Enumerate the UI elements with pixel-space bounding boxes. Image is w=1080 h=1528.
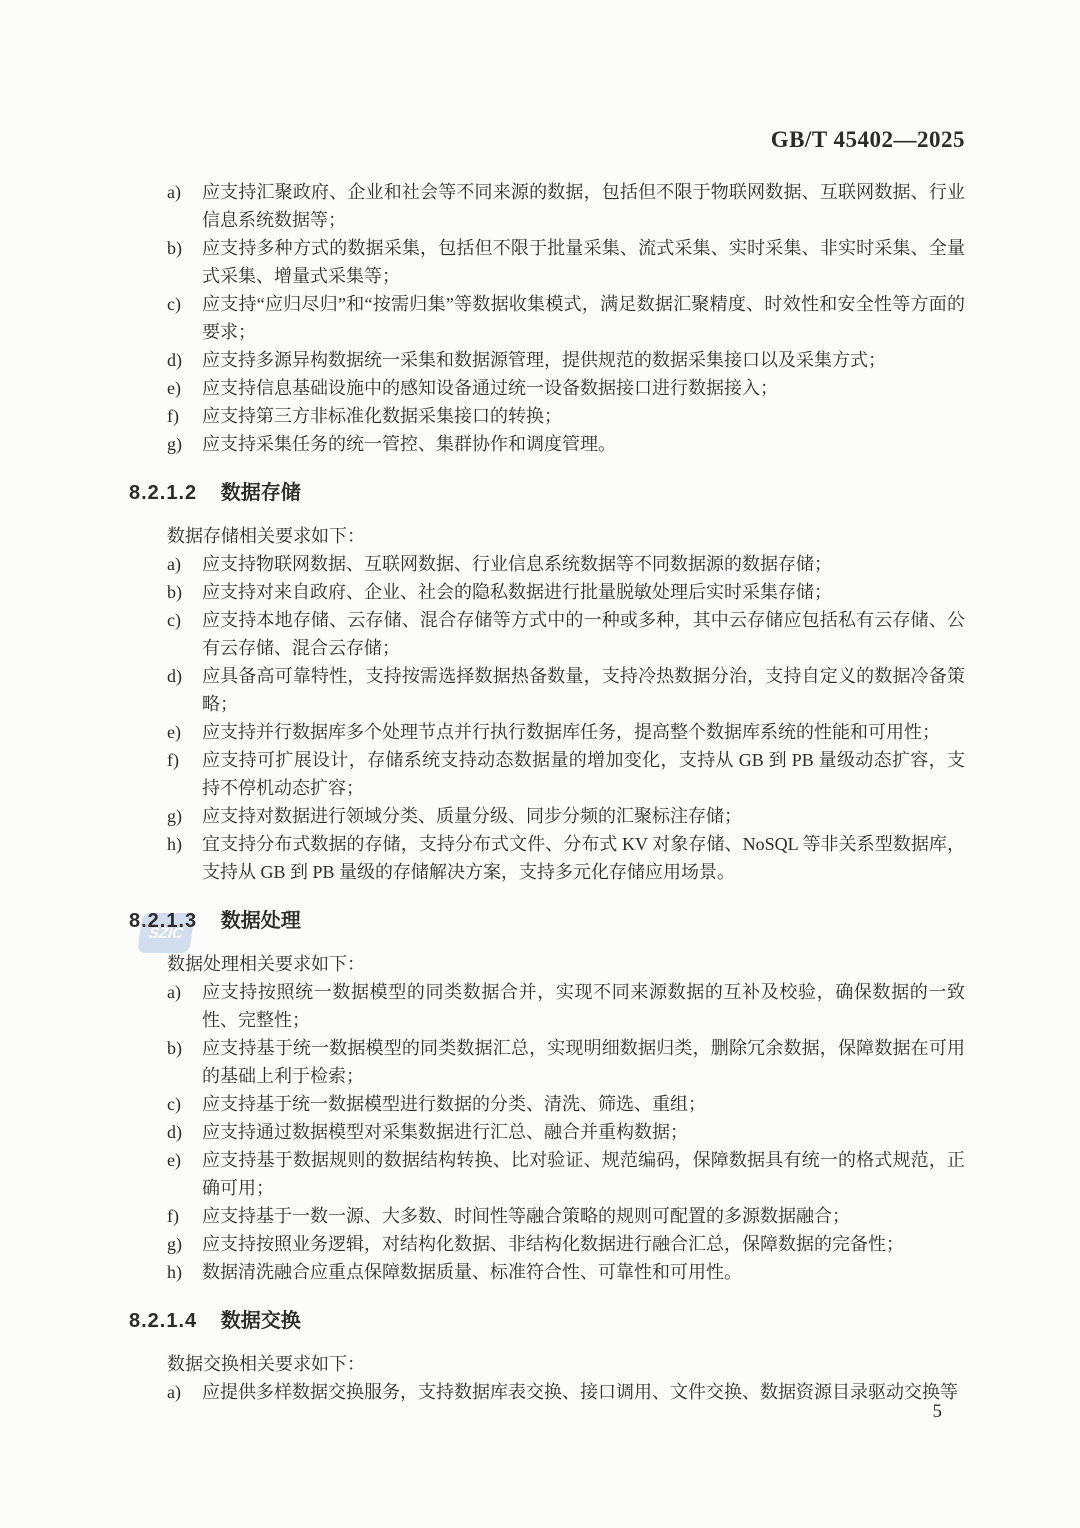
section-heading-data-processing: 8.2.1.3 数据处理 bbox=[129, 906, 965, 936]
list-item-text: 应支持第三方非标准化数据采集接口的转换； bbox=[202, 402, 965, 430]
section-number: 8.2.1.2 bbox=[129, 482, 197, 504]
list-marker: a) bbox=[167, 1378, 202, 1406]
list-item-text: 数据清洗融合应重点保障数据质量、标准符合性、可靠性和可用性。 bbox=[202, 1258, 965, 1286]
list-item: e) 应支持基于数据规则的数据结构转换、比对验证、规范编码，保障数据具有统一的格… bbox=[167, 1146, 965, 1202]
list-item: b) 应支持对来自政府、企业、社会的隐私数据进行批量脱敏处理后实时采集存储； bbox=[167, 578, 965, 606]
list-item: d) 应具备高可靠特性，支持按需选择数据热备数量，支持冷热数据分治，支持自定义的… bbox=[167, 662, 965, 718]
list-item-text: 应提供多样数据交换服务，支持数据库表交换、接口调用、文件交换、数据资源目录驱动交… bbox=[202, 1378, 965, 1406]
list-item: d) 应支持多源异构数据统一采集和数据源管理，提供规范的数据采集接口以及采集方式… bbox=[167, 346, 965, 374]
list-item: h) 宜支持分布式数据的存储，支持分布式文件、分布式 KV 对象存储、NoSQL… bbox=[167, 830, 965, 886]
list-item-text: 应支持多源异构数据统一采集和数据源管理，提供规范的数据采集接口以及采集方式； bbox=[202, 346, 965, 374]
list-item: g) 应支持采集任务的统一管控、集群协作和调度管理。 bbox=[167, 430, 965, 458]
list-marker: g) bbox=[167, 802, 202, 830]
list-marker: b) bbox=[167, 234, 202, 290]
list-marker: c) bbox=[167, 1090, 202, 1118]
list-item-text: 应支持按照统一数据模型的同类数据合并，实现不同来源数据的互补及校验，确保数据的一… bbox=[202, 978, 965, 1034]
list-item: b) 应支持多种方式的数据采集，包括但不限于批量采集、流式采集、实时采集、非实时… bbox=[167, 234, 965, 290]
requirement-list-data-storage: a) 应支持物联网数据、互联网数据、行业信息系统数据等不同数据源的数据存储； b… bbox=[167, 550, 965, 886]
section-number: 8.2.1.4 bbox=[129, 1310, 197, 1332]
list-marker: f) bbox=[167, 402, 202, 430]
list-item: d) 应支持通过数据模型对采集数据进行汇总、融合并重构数据； bbox=[167, 1118, 965, 1146]
list-item-text: 应支持按照业务逻辑，对结构化数据、非结构化数据进行融合汇总，保障数据的完备性； bbox=[202, 1230, 965, 1258]
list-item: a) 应支持按照统一数据模型的同类数据合并，实现不同来源数据的互补及校验，确保数… bbox=[167, 978, 965, 1034]
list-marker: c) bbox=[167, 606, 202, 662]
list-item-text: 应支持汇聚政府、企业和社会等不同来源的数据，包括但不限于物联网数据、互联网数据、… bbox=[202, 178, 965, 234]
list-item-text: 应支持对来自政府、企业、社会的隐私数据进行批量脱敏处理后实时采集存储； bbox=[202, 578, 965, 606]
list-item-text: 应支持物联网数据、互联网数据、行业信息系统数据等不同数据源的数据存储； bbox=[202, 550, 965, 578]
list-marker: a) bbox=[167, 178, 202, 234]
list-item: f) 应支持可扩展设计，存储系统支持动态数据量的增加变化，支持从 GB 到 PB… bbox=[167, 746, 965, 802]
section-title: 数据存储 bbox=[221, 482, 301, 504]
section-number: 8.2.1.3 bbox=[129, 910, 197, 932]
list-item-text: 应支持对数据进行领域分类、质量分级、同步分频的汇聚标注存储； bbox=[202, 802, 965, 830]
list-marker: h) bbox=[167, 830, 202, 886]
list-marker: d) bbox=[167, 346, 202, 374]
list-item-text: 应支持基于统一数据模型的同类数据汇总，实现明细数据归类，删除冗余数据，保障数据在… bbox=[202, 1034, 965, 1090]
list-marker: d) bbox=[167, 662, 202, 718]
list-item: c) 应支持基于统一数据模型进行数据的分类、清洗、筛选、重组； bbox=[167, 1090, 965, 1118]
list-marker: e) bbox=[167, 1146, 202, 1202]
list-marker: h) bbox=[167, 1258, 202, 1286]
list-item-text: 应支持多种方式的数据采集，包括但不限于批量采集、流式采集、实时采集、非实时采集、… bbox=[202, 234, 965, 290]
list-item: a) 应提供多样数据交换服务，支持数据库表交换、接口调用、文件交换、数据资源目录… bbox=[167, 1378, 965, 1406]
list-item: g) 应支持按照业务逻辑，对结构化数据、非结构化数据进行融合汇总，保障数据的完备… bbox=[167, 1230, 965, 1258]
list-marker: e) bbox=[167, 374, 202, 402]
section-heading-data-exchange: 8.2.1.4 数据交换 bbox=[129, 1306, 965, 1336]
section-intro: 数据交换相关要求如下： bbox=[167, 1350, 965, 1378]
list-item: b) 应支持基于统一数据模型的同类数据汇总，实现明细数据归类，删除冗余数据，保障… bbox=[167, 1034, 965, 1090]
standard-number: GB/T 45402—2025 bbox=[771, 127, 965, 153]
section-intro: 数据处理相关要求如下： bbox=[167, 950, 965, 978]
list-item: e) 应支持信息基础设施中的感知设备通过统一设备数据接口进行数据接入； bbox=[167, 374, 965, 402]
requirement-list-data-exchange: a) 应提供多样数据交换服务，支持数据库表交换、接口调用、文件交换、数据资源目录… bbox=[167, 1378, 965, 1406]
list-marker: a) bbox=[167, 978, 202, 1034]
list-marker: b) bbox=[167, 1034, 202, 1090]
section-heading-data-storage: 8.2.1.2 数据存储 bbox=[129, 478, 965, 508]
requirement-list-data-processing: a) 应支持按照统一数据模型的同类数据合并，实现不同来源数据的互补及校验，确保数… bbox=[167, 978, 965, 1286]
list-marker: g) bbox=[167, 1230, 202, 1258]
list-item-text: 应支持本地存储、云存储、混合存储等方式中的一种或多种，其中云存储应包括私有云存储… bbox=[202, 606, 965, 662]
list-item: c) 应支持“应归尽归”和“按需归集”等数据收集模式，满足数据汇聚精度、时效性和… bbox=[167, 290, 965, 346]
list-item-text: 应支持基于一数一源、大多数、时间性等融合策略的规则可配置的多源数据融合； bbox=[202, 1202, 965, 1230]
list-item-text: 应具备高可靠特性，支持按需选择数据热备数量，支持冷热数据分治，支持自定义的数据冷… bbox=[202, 662, 965, 718]
list-item-text: 应支持采集任务的统一管控、集群协作和调度管理。 bbox=[202, 430, 965, 458]
section-title: 数据交换 bbox=[221, 1310, 301, 1332]
list-item: e) 应支持并行数据库多个处理节点并行执行数据库任务，提高整个数据库系统的性能和… bbox=[167, 718, 965, 746]
requirement-list-continuation: a) 应支持汇聚政府、企业和社会等不同来源的数据，包括但不限于物联网数据、互联网… bbox=[167, 178, 965, 458]
page-content: a) 应支持汇聚政府、企业和社会等不同来源的数据，包括但不限于物联网数据、互联网… bbox=[129, 178, 965, 1406]
list-item: f) 应支持第三方非标准化数据采集接口的转换； bbox=[167, 402, 965, 430]
list-item-text: 应支持基于数据规则的数据结构转换、比对验证、规范编码，保障数据具有统一的格式规范… bbox=[202, 1146, 965, 1202]
list-item-text: 应支持信息基础设施中的感知设备通过统一设备数据接口进行数据接入； bbox=[202, 374, 965, 402]
list-marker: f) bbox=[167, 746, 202, 802]
section-title: 数据处理 bbox=[221, 910, 301, 932]
list-item-text: 宜支持分布式数据的存储，支持分布式文件、分布式 KV 对象存储、NoSQL 等非… bbox=[202, 830, 965, 886]
list-item-text: 应支持通过数据模型对采集数据进行汇总、融合并重构数据； bbox=[202, 1118, 965, 1146]
list-item: h) 数据清洗融合应重点保障数据质量、标准符合性、可靠性和可用性。 bbox=[167, 1258, 965, 1286]
list-marker: d) bbox=[167, 1118, 202, 1146]
list-marker: b) bbox=[167, 578, 202, 606]
list-item: c) 应支持本地存储、云存储、混合存储等方式中的一种或多种，其中云存储应包括私有… bbox=[167, 606, 965, 662]
list-marker: a) bbox=[167, 550, 202, 578]
list-marker: e) bbox=[167, 718, 202, 746]
list-item-text: 应支持可扩展设计，存储系统支持动态数据量的增加变化，支持从 GB 到 PB 量级… bbox=[202, 746, 965, 802]
list-item: a) 应支持物联网数据、互联网数据、行业信息系统数据等不同数据源的数据存储； bbox=[167, 550, 965, 578]
section-intro: 数据存储相关要求如下： bbox=[167, 522, 965, 550]
list-item-text: 应支持基于统一数据模型进行数据的分类、清洗、筛选、重组； bbox=[202, 1090, 965, 1118]
list-marker: f) bbox=[167, 1202, 202, 1230]
list-item: g) 应支持对数据进行领域分类、质量分级、同步分频的汇聚标注存储； bbox=[167, 802, 965, 830]
list-marker: c) bbox=[167, 290, 202, 346]
list-item: f) 应支持基于一数一源、大多数、时间性等融合策略的规则可配置的多源数据融合； bbox=[167, 1202, 965, 1230]
list-item: a) 应支持汇聚政府、企业和社会等不同来源的数据，包括但不限于物联网数据、互联网… bbox=[167, 178, 965, 234]
list-marker: g) bbox=[167, 430, 202, 458]
list-item-text: 应支持“应归尽归”和“按需归集”等数据收集模式，满足数据汇聚精度、时效性和安全性… bbox=[202, 290, 965, 346]
list-item-text: 应支持并行数据库多个处理节点并行执行数据库任务，提高整个数据库系统的性能和可用性… bbox=[202, 718, 965, 746]
